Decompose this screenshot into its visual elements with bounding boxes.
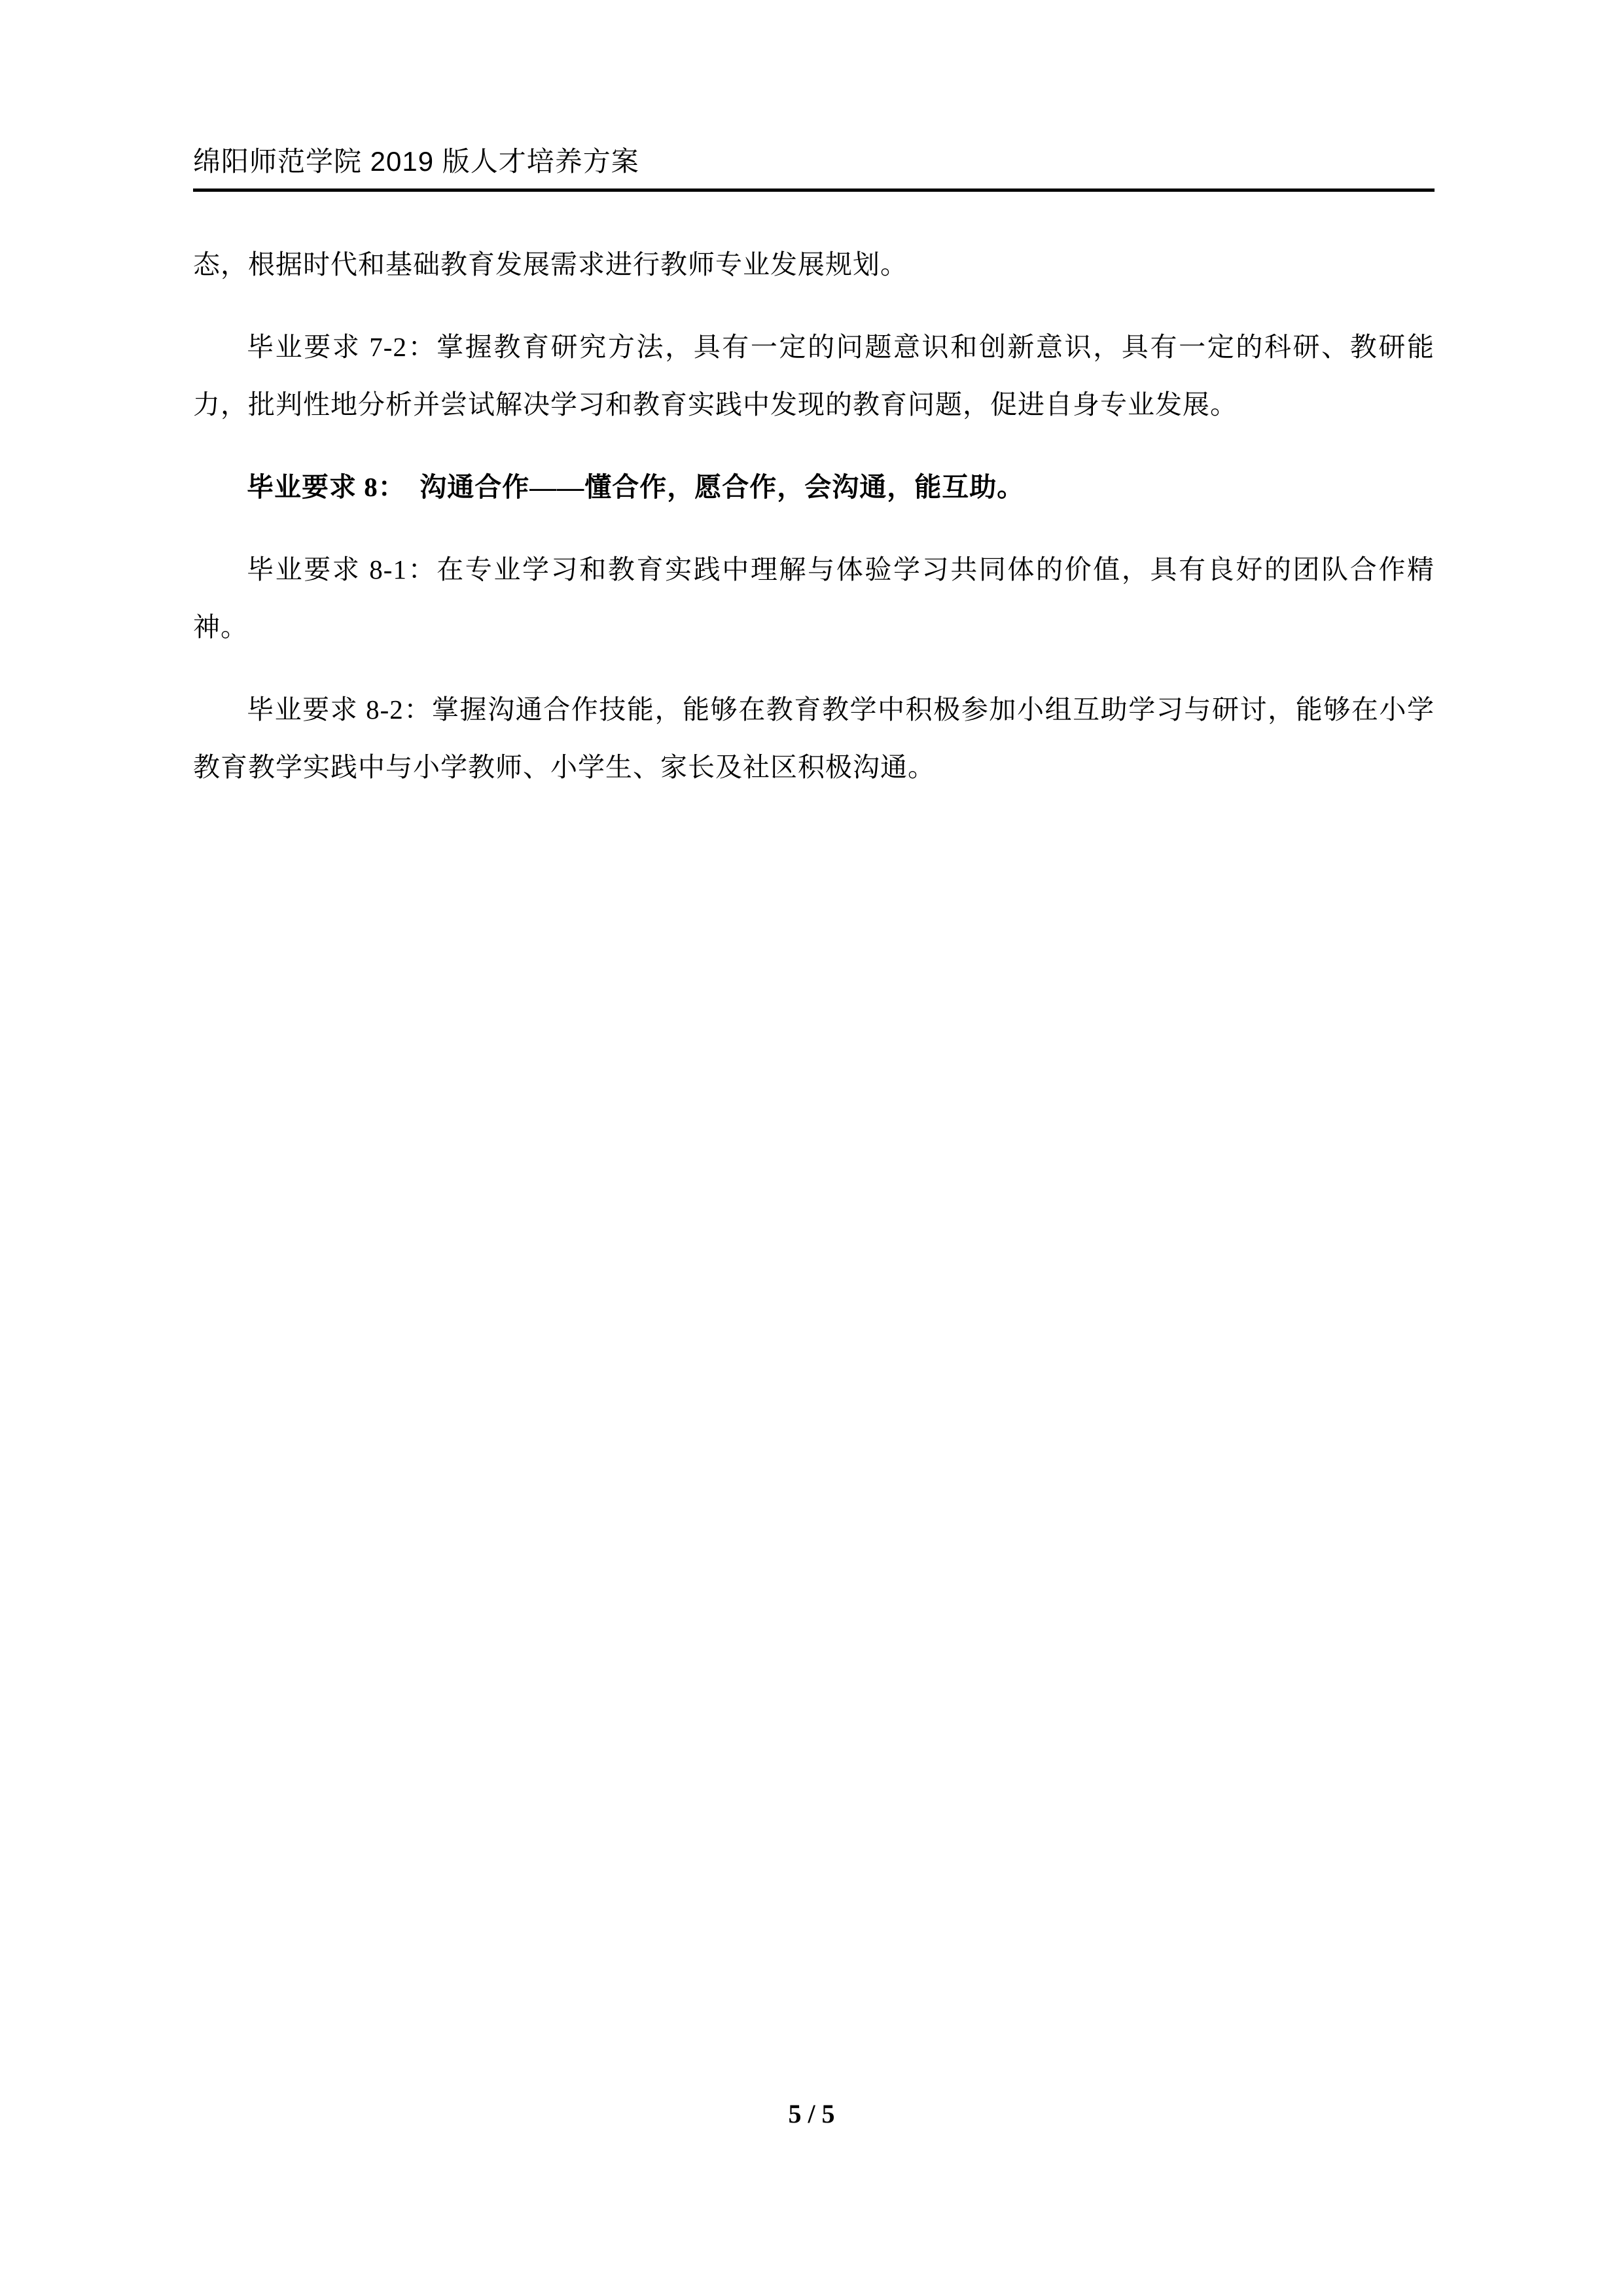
paragraph-requirement-8-1: 毕业要求 8-1：在专业学习和教育实践中理解与体验学习共同体的价值，具有良好的团… bbox=[193, 541, 1435, 656]
document-body: 态，根据时代和基础教育发展需求进行教师专业发展规划。 毕业要求 7-2：掌握教育… bbox=[193, 236, 1435, 821]
paragraph-requirement-8-2: 毕业要求 8-2：掌握沟通合作技能，能够在教育教学中积极参加小组互助学习与研讨，… bbox=[193, 681, 1435, 796]
paragraph-requirement-8-heading: 毕业要求 8： 沟通合作——懂合作，愿合作，会沟通，能互助。 bbox=[193, 458, 1435, 516]
header-rule bbox=[193, 188, 1435, 192]
document-page: 绵阳师范学院 2019 版人才培养方案 态，根据时代和基础教育发展需求进行教师专… bbox=[0, 0, 1623, 2296]
page-header: 绵阳师范学院 2019 版人才培养方案 bbox=[193, 147, 1435, 192]
paragraph-continuation: 态，根据时代和基础教育发展需求进行教师专业发展规划。 bbox=[193, 236, 1435, 293]
page-number: 5 / 5 bbox=[788, 2099, 834, 2128]
paragraph-requirement-7-2: 毕业要求 7-2：掌握教育研究方法，具有一定的问题意识和创新意识，具有一定的科研… bbox=[193, 318, 1435, 433]
page-footer: 5 / 5 bbox=[0, 2100, 1623, 2128]
header-title: 绵阳师范学院 2019 版人才培养方案 bbox=[193, 147, 1435, 177]
